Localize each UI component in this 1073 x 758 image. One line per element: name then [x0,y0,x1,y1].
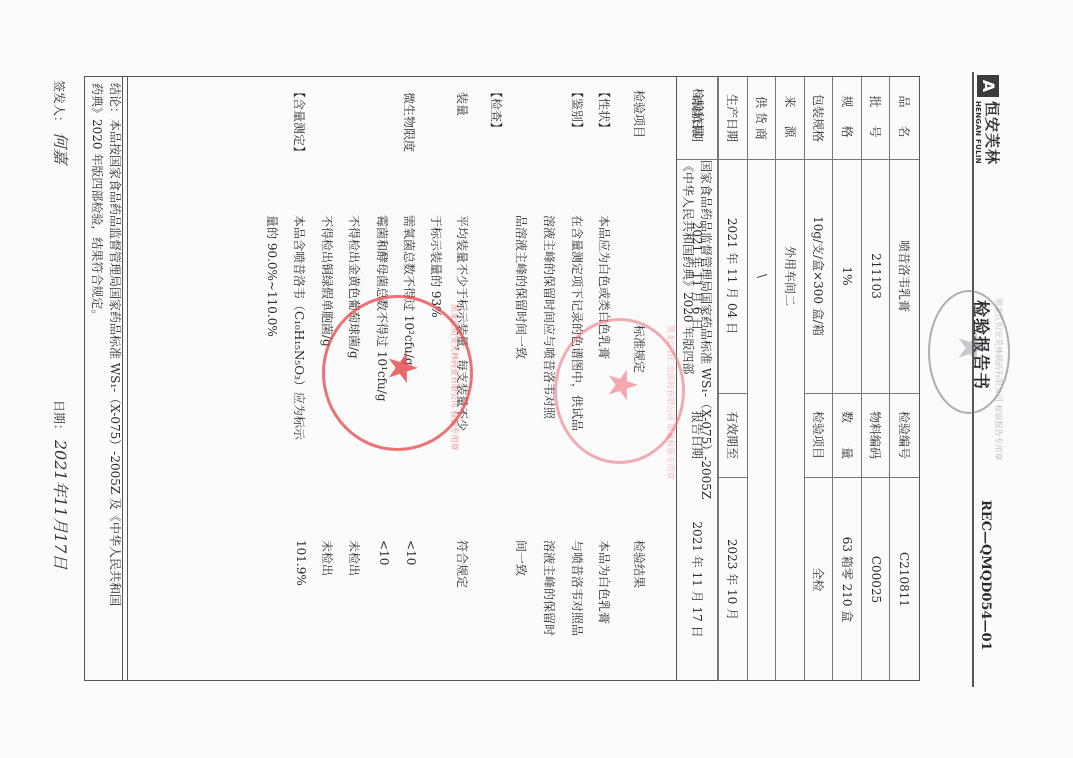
package-spec: 10g/支/盒×300 盒/箱 [805,159,833,393]
label-inspection-no: 检验编号 [890,393,919,477]
col-header-item: 检验项目 [631,90,648,138]
item-identification-result3: 间一致 [513,540,530,576]
item-assay-std2: 量的 90.0%~110.0% [264,215,281,337]
expiry-date: 2023 年 10 月 [718,477,748,682]
supplier: \ [748,159,776,393]
label-package: 包装规格 [805,77,833,159]
label-quantity: 数 量 [833,393,862,477]
batch-no: 211103 [862,159,890,393]
seal-red-text: 黑龙江恒安芙林药业有限公司 检验专用章 [449,304,460,451]
item-micro-result3: 未检出 [346,540,363,576]
col-header-result: 检验结果 [631,540,648,588]
prod-date: 2021 年 11 月 04 日 [718,159,748,393]
test-items: 全检 [805,477,833,682]
item-fill-label: 装量 [454,92,471,116]
conclusion-box: 结论：本品按国家食品药品监督管理局国家药品标准 WS₁-（X-075）-2005… [84,76,128,681]
label-spec: 规 格 [833,77,862,159]
item-identification-result2: 溶液主峰的保留时 [541,540,558,636]
spec: 1% [833,159,862,393]
item-micro-std4: 不得检出铜绿假单胞菌/g [319,215,336,347]
label-test-items: 检验项目 [805,393,833,477]
signer: 签发人： 何嘉 [50,80,73,164]
product-name: 喷昔洛韦乳膏 [890,159,919,393]
item-identification-label: 【鉴别】 [569,86,586,134]
item-identification-std3: 品溶液主峰的保留时间一致 [513,215,530,359]
inspection-no: C210811 [890,477,919,682]
seal-pink-text: 黑龙江省仁皇医药有限公司 质量检验专用章 [665,325,676,480]
item-assay-std1: 本品含喷昔洛韦（C₁₀H₁₅N₅O₃）应为标示 [291,215,308,440]
date-handwritten: 2021年11月17日 [51,440,70,569]
logo-mark-icon: A [978,75,1000,97]
logo-cn: 恒安芙林 [982,101,1003,165]
info-table: 品 名 喷昔洛韦乳膏 检验编号 C210811 批 号 211103 物料编码 … [122,76,920,681]
seal-star-icon: ★ [382,350,422,386]
label-supplier: 供 货 商 [748,77,776,159]
label-basis: 检验依据 [690,88,707,136]
report-date: 2021 年 11 月 17 日 [677,477,718,682]
label-prod-date: 生产日期 [718,77,748,159]
item-micro-result2: <10 [377,540,391,565]
item-identification-result1: 与喷昔洛韦对照品 [569,540,586,636]
label-product-name: 品 名 [890,77,919,159]
signer-label: 签发人： [52,80,66,128]
label-batch: 批 号 [862,77,890,159]
seal-star-icon: ★ [952,330,992,366]
basis-line2: 《中华人民共和国药典》2020 年版四部 [680,160,697,374]
label-expiry: 有效期至 [718,393,748,477]
item-fill-result: 符合规定 [454,540,471,588]
label-source: 来 源 [776,77,805,159]
item-micro-result4: 未检出 [319,540,336,576]
source: 外用车间二 [776,159,805,393]
quantity: 63 箱零 210 盒 [833,477,862,682]
basis-line1: 国家食品药品监督管理局国家药品标准 WS₁-（X-075）-2005Z [698,160,715,499]
sign-date: 日期： 2021年11月17日 [50,400,73,569]
item-check-label: 【检查】 [488,86,505,134]
date-label: 日期： [52,400,66,436]
item-assay-result: 101.9% [294,540,308,586]
conclusion-line2: 药典》2020 年版四部检验，结果符合规定。 [88,83,106,674]
inspection-report-page: A 恒安芙林 HENGAN FULIN 检验报告书 REC—QMQD054—01… [0,0,1073,758]
company-logo: A 恒安芙林 HENGAN FULIN [974,75,1003,165]
item-assay-label: 【含量测定】 [291,86,308,158]
doc-code: REC—QMQD054—01 [978,500,993,651]
label-material-code: 物料编码 [862,393,890,477]
logo-en: HENGAN FULIN [974,101,982,165]
item-micro-label: 微生物限度 [401,92,418,152]
company-seal-pink: ★ 黑龙江省仁皇医药有限公司 质量检验专用章 [554,318,685,464]
item-character-result: 本品为白色乳膏 [596,540,613,624]
conclusion-line1: 结论：本品按国家食品药品监督管理局国家药品标准 WS₁-（X-075）-2005… [106,83,124,674]
company-seal-grey: ★ 黑龙江恒安芙林制药有限公司 检验报告专用章 [928,290,1010,414]
seal-star-icon: ★ [602,367,642,403]
signer-signature: 何嘉 [51,132,70,164]
item-micro-result1: <10 [404,540,418,565]
inspection-seal-red: ★ 黑龙江恒安芙林药业有限公司 检验专用章 [322,295,473,451]
item-character-label: 【性状】 [596,86,613,134]
material-code: C00025 [862,477,890,682]
seal-grey-text: 黑龙江恒安芙林制药有限公司 检验报告专用章 [993,298,1004,461]
